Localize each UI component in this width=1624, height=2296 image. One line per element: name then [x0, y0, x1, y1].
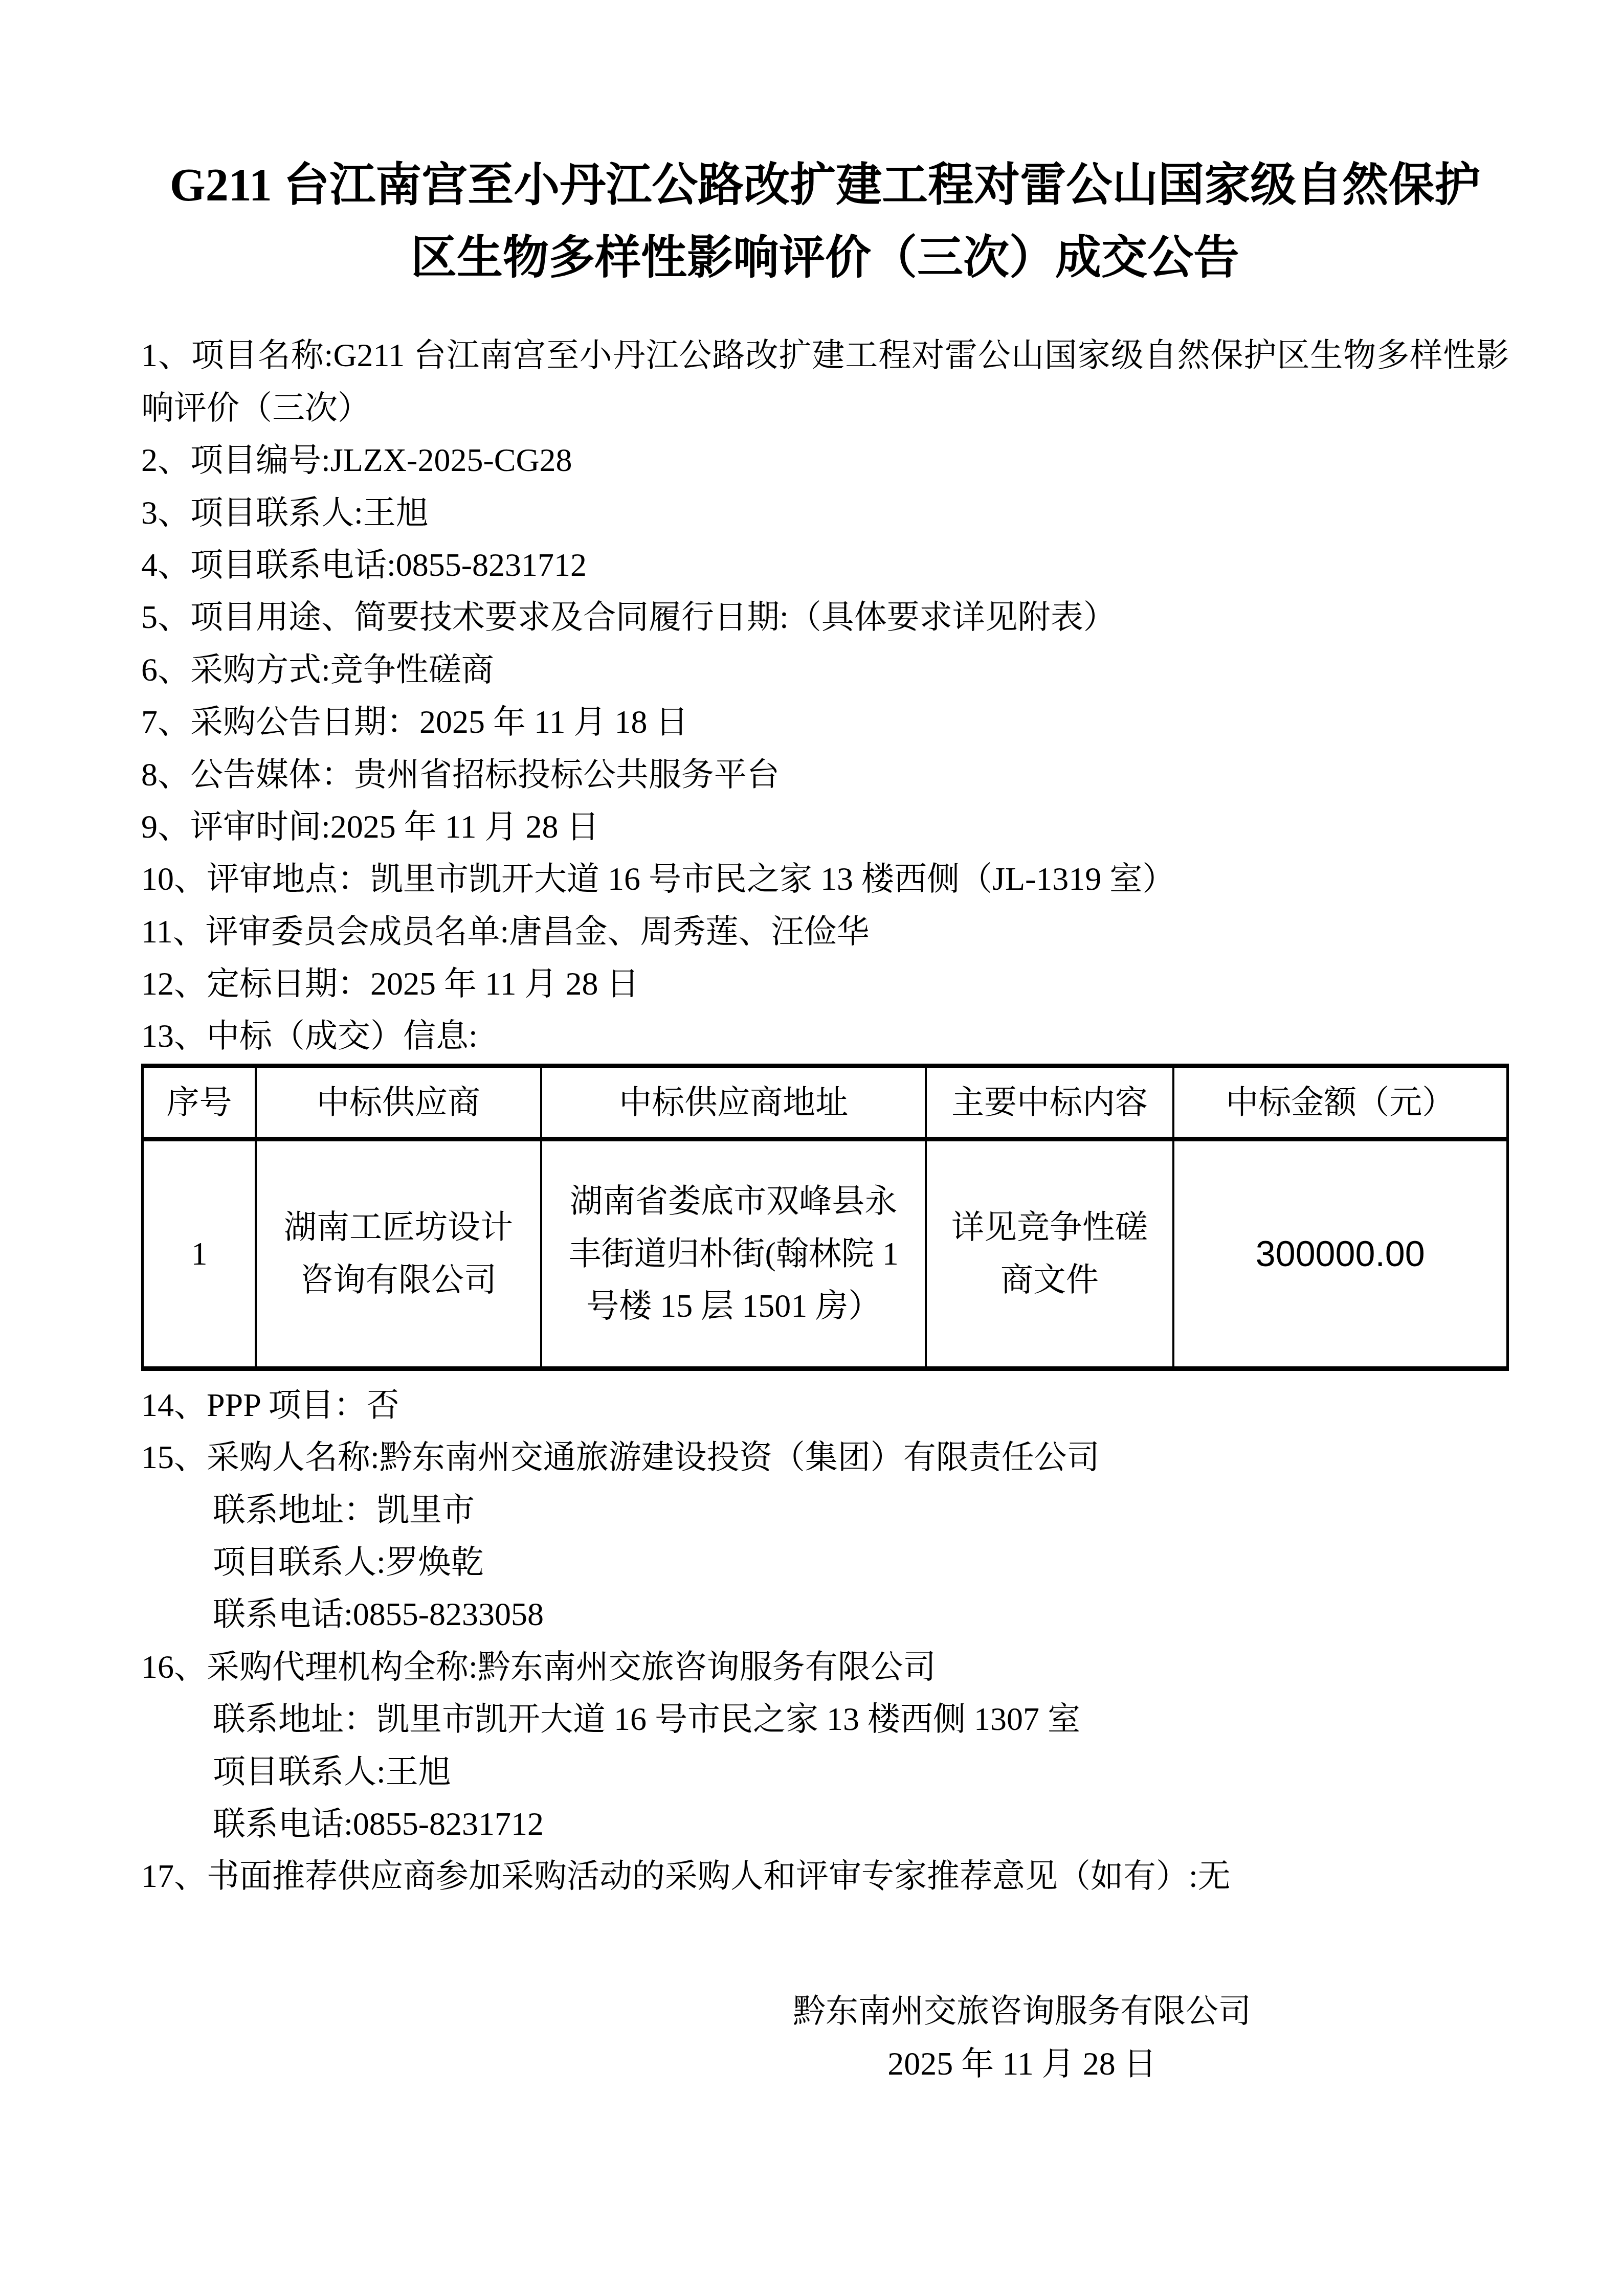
item-7-announcement-date: 7、采购公告日期：2025 年 11 月 18 日 [141, 696, 1509, 748]
cell-award-content: 详见竞争性磋 商文件 [926, 1139, 1173, 1368]
header-award-amount: 中标金额（元） [1173, 1066, 1508, 1139]
signature-company: 黔东南州交旅咨询服务有限公司 [535, 1985, 1509, 2038]
item-3-project-contact: 3、项目联系人:王旭 [141, 487, 1509, 539]
item-9-review-time: 9、评审时间:2025 年 11 月 28 日 [141, 801, 1509, 853]
item-5-project-use: 5、项目用途、简要技术要求及合同履行日期:（具体要求详见附表） [141, 591, 1509, 643]
cell-address-line1: 湖南省娄底市双峰县永 [550, 1175, 917, 1227]
document-title-line1: G211 台江南宫至小丹江公路改扩建工程对雷公山国家级自然保护 [141, 149, 1509, 222]
item-10-review-location: 10、评审地点：凯里市凯开大道 16 号市民之家 13 楼西侧（JL-1319 … [141, 853, 1509, 905]
document-title-line2: 区生物多样性影响评价（三次）成交公告 [141, 222, 1509, 295]
award-table: 序号 中标供应商 中标供应商地址 主要中标内容 中标金额（元） 1 湖南工匠坊设… [141, 1064, 1509, 1371]
cell-supplier: 湖南工匠坊设计 咨询有限公司 [256, 1139, 541, 1368]
item-15-contact-phone: 联系电话:0855-8233058 [141, 1588, 1509, 1640]
cell-content-line2: 商文件 [935, 1254, 1164, 1306]
item-8-announcement-media: 8、公告媒体：贵州省招标投标公共服务平台 [141, 749, 1509, 801]
cell-award-amount: 300000.00 [1173, 1139, 1508, 1368]
item-11-review-committee: 11、评审委员会成员名单:唐昌金、周秀莲、汪俭华 [141, 906, 1509, 958]
item-4-project-phone: 4、项目联系电话:0855-8231712 [141, 539, 1509, 591]
signature-date: 2025 年 11 月 28 日 [535, 2037, 1509, 2090]
award-table-header-row: 序号 中标供应商 中标供应商地址 主要中标内容 中标金额（元） [143, 1066, 1508, 1139]
item-16-contact-phone: 联系电话:0855-8231712 [141, 1798, 1509, 1850]
cell-address-line2: 丰街道归朴街(翰林院 1 [550, 1228, 917, 1280]
item-12-award-date: 12、定标日期：2025 年 11 月 28 日 [141, 958, 1509, 1010]
award-table-row: 1 湖南工匠坊设计 咨询有限公司 湖南省娄底市双峰县永 丰街道归朴街(翰林院 1… [143, 1139, 1508, 1368]
cell-supplier-address: 湖南省娄底市双峰县永 丰街道归朴街(翰林院 1 号楼 15 层 1501 房） [541, 1139, 926, 1368]
document-title: G211 台江南宫至小丹江公路改扩建工程对雷公山国家级自然保护 区生物多样性影响… [141, 149, 1509, 295]
item-2-project-number: 2、项目编号:JLZX-2025-CG28 [141, 434, 1509, 486]
item-13-award-info-label: 13、中标（成交）信息: [141, 1010, 1509, 1062]
item-16-contact-address: 联系地址：凯里市凯开大道 16 号市民之家 13 楼西侧 1307 室 [141, 1693, 1509, 1745]
award-amount-value: 300000.00 [1256, 1234, 1425, 1274]
document-page: G211 台江南宫至小丹江公路改扩建工程对雷公山国家级自然保护 区生物多样性影响… [0, 0, 1624, 2296]
item-15-contact-address: 联系地址：凯里市 [141, 1484, 1509, 1536]
item-14-ppp: 14、PPP 项目：否 [141, 1379, 1509, 1431]
item-15-purchaser-name: 15、采购人名称:黔东南州交通旅游建设投资（集团）有限责任公司 [141, 1431, 1509, 1483]
item-16-agency-name: 16、采购代理机构全称:黔东南州交旅咨询服务有限公司 [141, 1641, 1509, 1693]
header-seq: 序号 [143, 1066, 256, 1139]
cell-seq: 1 [143, 1139, 256, 1368]
cell-supplier-line2: 咨询有限公司 [265, 1254, 532, 1306]
item-6-procurement-method: 6、采购方式:竞争性磋商 [141, 644, 1509, 696]
signature-block: 黔东南州交旅咨询服务有限公司 2025 年 11 月 28 日 [535, 1985, 1509, 2090]
header-supplier-address: 中标供应商地址 [541, 1066, 926, 1139]
item-1-project-name: 1、项目名称:G211 台江南宫至小丹江公路改扩建工程对雷公山国家级自然保护区生… [141, 329, 1509, 434]
cell-content-line1: 详见竞争性磋 [935, 1201, 1164, 1253]
item-16-project-contact: 项目联系人:王旭 [141, 1746, 1509, 1798]
item-15-project-contact: 项目联系人:罗焕乾 [141, 1536, 1509, 1588]
item-17-recommendation: 17、书面推荐供应商参加采购活动的采购人和评审专家推荐意见（如有）:无 [141, 1850, 1509, 1902]
header-supplier: 中标供应商 [256, 1066, 541, 1139]
header-award-content: 主要中标内容 [926, 1066, 1173, 1139]
cell-supplier-line1: 湖南工匠坊设计 [265, 1201, 532, 1253]
cell-address-line3: 号楼 15 层 1501 房） [550, 1280, 917, 1332]
